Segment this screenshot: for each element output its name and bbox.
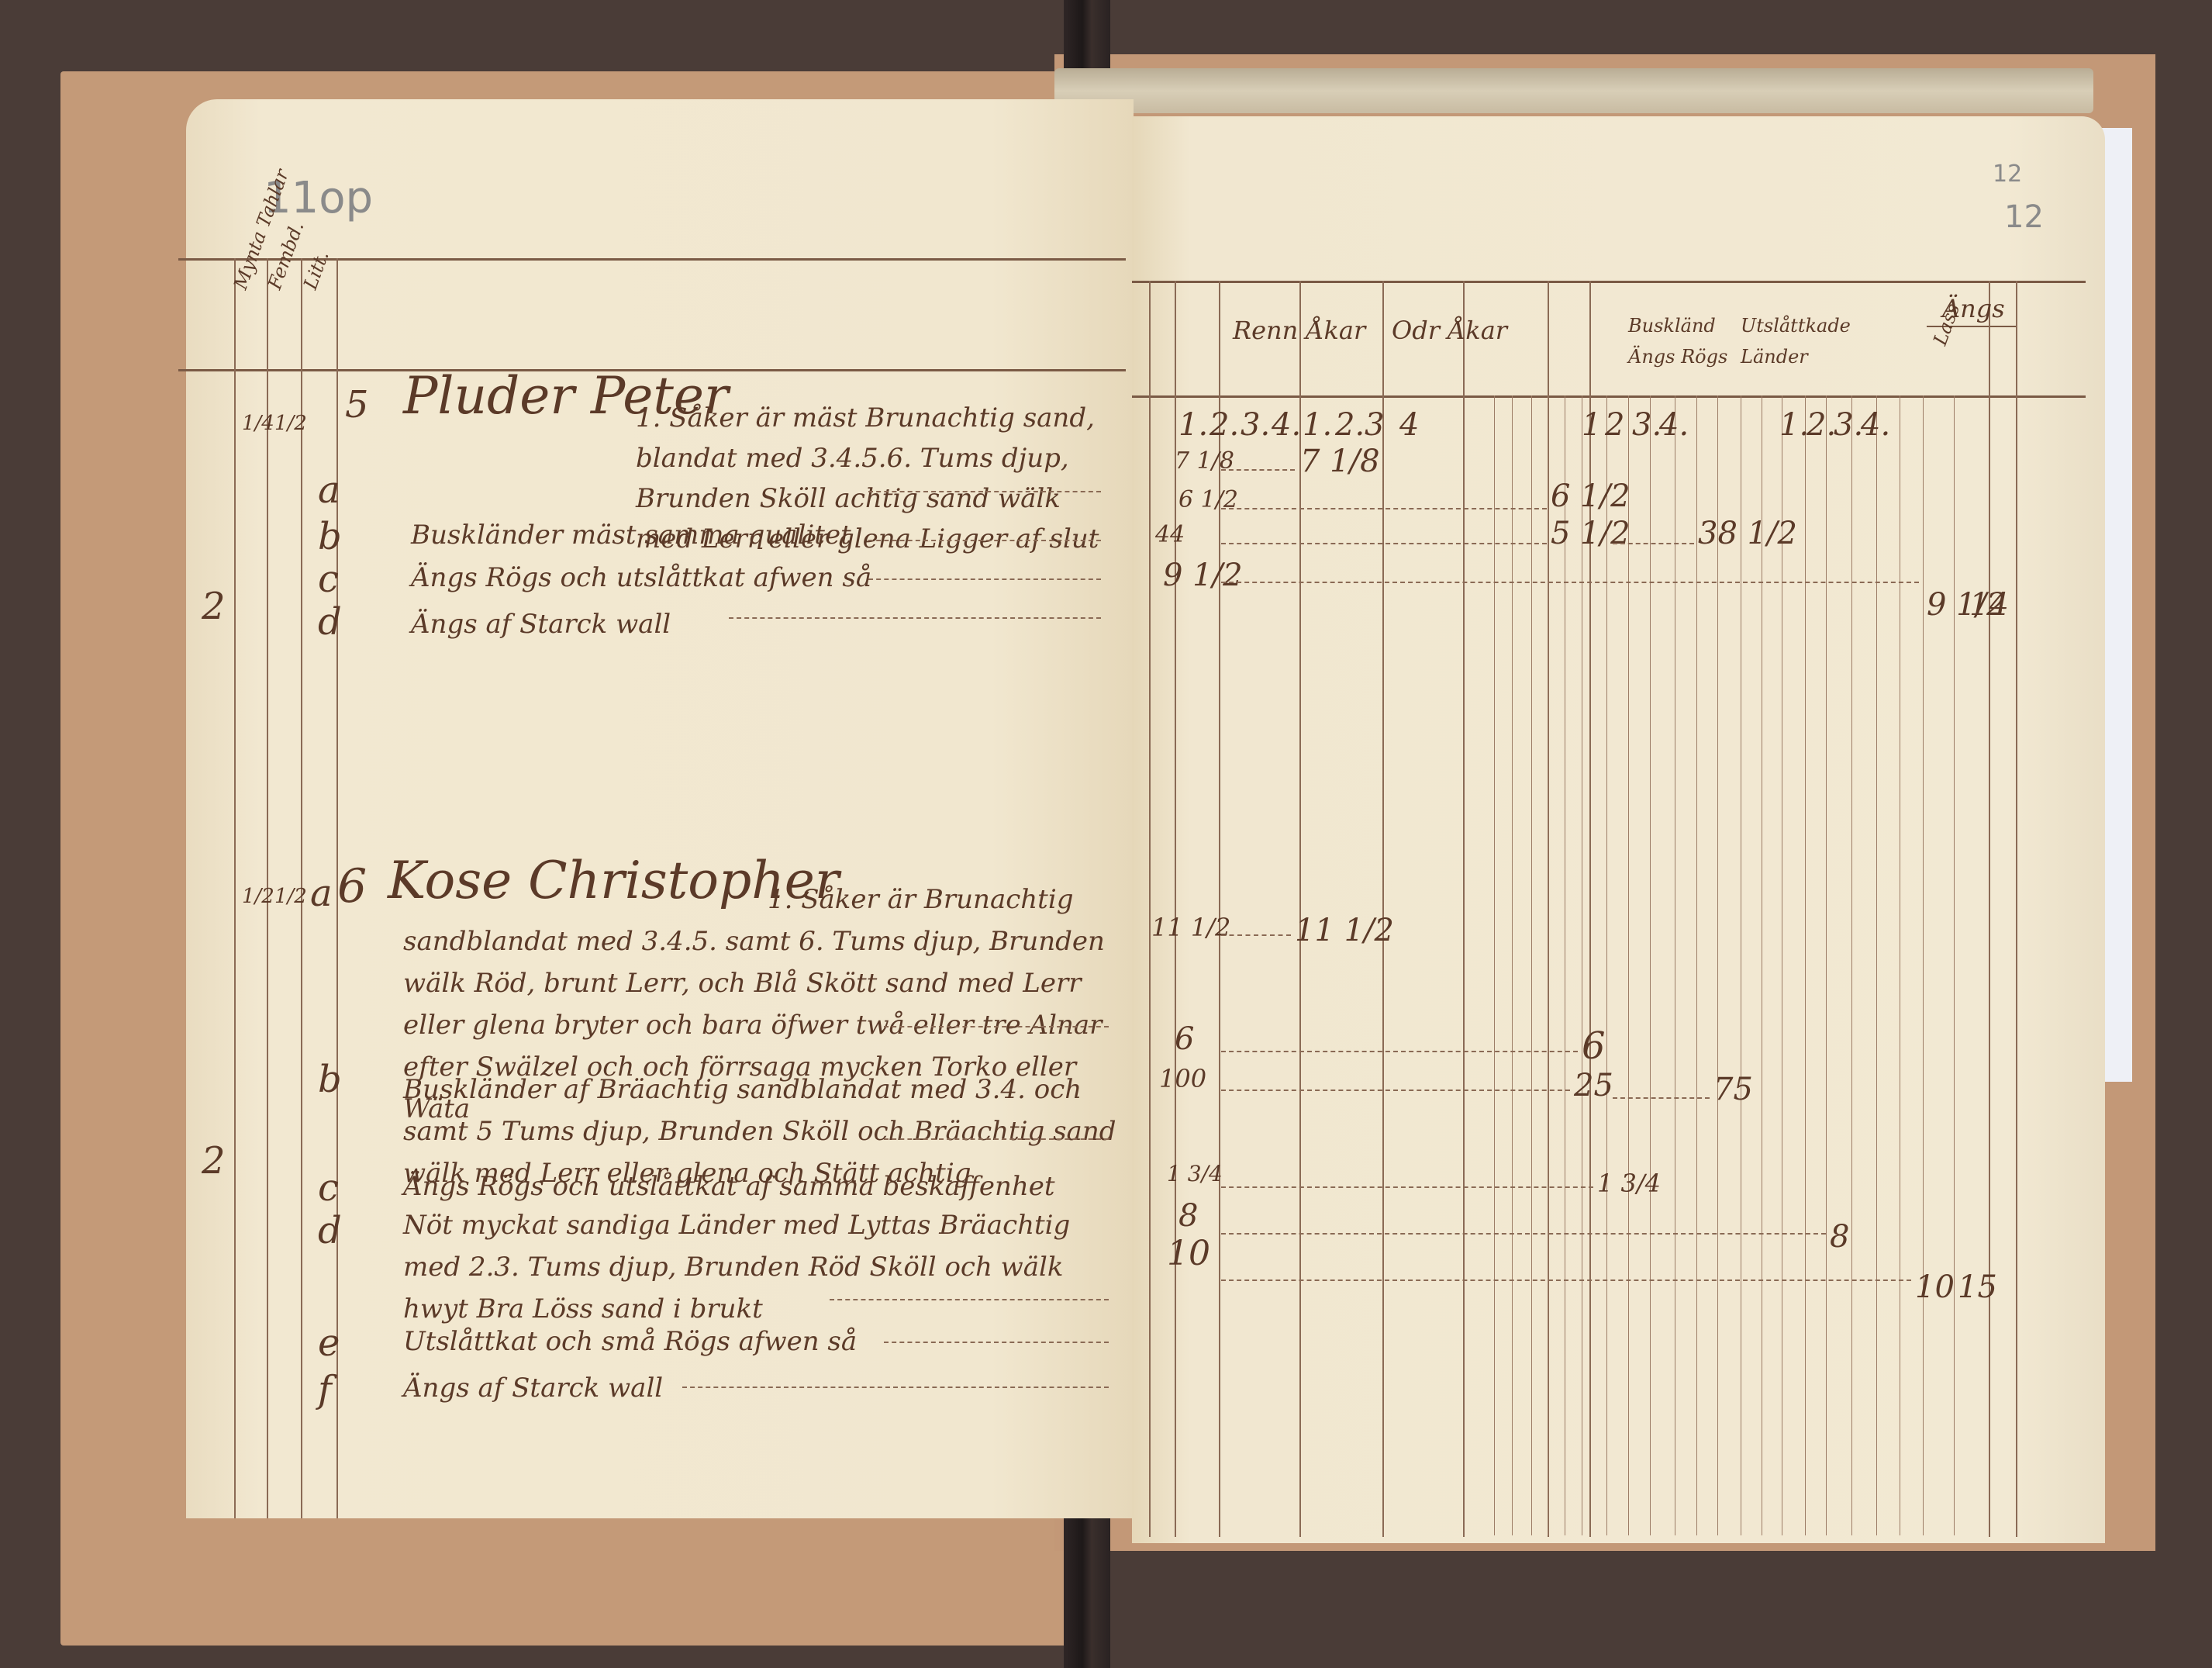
row-total: 6 — [1175, 1024, 1194, 1055]
row-total: 11 1/2 — [1151, 915, 1230, 940]
cell-value: 25 — [1574, 1070, 1613, 1101]
leader-dashes — [682, 1387, 1109, 1388]
right-page: 12 12 Renn Åkar Odr Åkar Buskländ Ängs R… — [1132, 116, 2105, 1543]
pencil-folio-right-small: 12 — [1993, 163, 2022, 186]
ruled-line — [1805, 395, 1806, 1535]
page-stack-edge — [1054, 68, 2093, 113]
entry-line-e: Utslåttkat och små Rögs afwen så — [403, 1328, 857, 1355]
ruled-line — [1650, 395, 1651, 1535]
sub-letter-a: a — [310, 875, 333, 912]
group-header-buskland: Buskländ Ängs Rögs — [1628, 310, 1729, 372]
leader-dashes — [884, 1026, 1109, 1027]
ruled-line — [1876, 395, 1877, 1535]
cell-value: 5 1/2 — [1551, 518, 1631, 549]
ruled-line — [1675, 395, 1675, 1535]
column-rule — [2016, 281, 2017, 1537]
header-top-rule — [1132, 281, 2086, 283]
ruled-line — [1512, 395, 1513, 1535]
ruled-line — [1548, 395, 1548, 1535]
entry-line-d: Nöt myckat sandiga Länder med Lyttas Brä… — [403, 1204, 1116, 1330]
sub-letter-b: b — [318, 518, 342, 555]
leader-dashes — [1221, 582, 1919, 583]
cell-value: 10 — [1915, 1272, 1955, 1303]
margin-fraction: 1/4 — [242, 413, 274, 433]
entry-line-b: Buskländer mäst samma qualitet — [411, 522, 851, 548]
ruled-line — [1606, 395, 1607, 1535]
group-header-odr-akar: Odr Åkar — [1392, 318, 1507, 343]
ruled-line — [1954, 395, 1955, 1535]
subcolumn-number: 2. — [1335, 409, 1365, 440]
sub-letter-c: c — [318, 1169, 339, 1207]
subcolumn-number: 1. — [1779, 409, 1809, 440]
entry-line-c: Ängs Rögs och utslåttkat afwen så — [411, 565, 871, 591]
left-page: 11op Mynta Tahlar Fembd. Litt. 1/4 1/2 5… — [186, 99, 1134, 1518]
subcolumn-number: 1. — [1303, 409, 1332, 440]
header-bottom-rule — [1132, 395, 2086, 398]
margin-mark: 2 — [202, 588, 226, 625]
ruled-line — [1826, 395, 1827, 1535]
cell-value: 8 — [1830, 1221, 1849, 1252]
entry-line-f: Ängs af Starck wall — [403, 1375, 663, 1401]
column-rule — [1589, 281, 1591, 1537]
cell-value: 11 1/2 — [1295, 915, 1394, 946]
entry-line-c: Ängs Rögs och utslåttkat af samma beskaf… — [403, 1173, 1055, 1200]
subcolumn-number: 3 — [1365, 409, 1384, 440]
leader-dashes — [1221, 469, 1295, 471]
subheader-lass: Lass — [1931, 301, 1962, 347]
cell-value: 1 3/4 — [1597, 1171, 1661, 1196]
entry-number: 5 — [345, 386, 369, 423]
sub-letter-d: d — [318, 1212, 342, 1249]
margin-fraction: 1/2 — [242, 886, 274, 907]
leader-dashes — [868, 540, 1101, 541]
header-col-litt: Litt. — [301, 249, 332, 292]
leader-dashes — [830, 1299, 1109, 1300]
subcolumn-number: 4. — [1659, 409, 1689, 440]
leader-dashes — [868, 491, 1101, 492]
column-rule — [1989, 281, 1990, 1537]
sub-letter-f: f — [318, 1371, 332, 1408]
leader-dashes — [1613, 543, 1694, 544]
column-rule — [1382, 281, 1384, 1537]
ruled-line — [1717, 395, 1718, 1535]
sub-letter-b: b — [318, 1061, 342, 1098]
entry-line-d: Ängs af Starck wall — [411, 611, 671, 637]
row-total: 1 3/4 — [1167, 1163, 1223, 1185]
pencil-folio-right: 12 — [2004, 202, 2044, 233]
ruled-line — [1696, 395, 1697, 1535]
leader-dashes — [729, 617, 1101, 619]
subcolumn-number: 4 — [1399, 409, 1419, 440]
subcolumn-number: 2. — [1807, 409, 1836, 440]
column-rule — [234, 258, 236, 1518]
sub-letter-a: a — [318, 471, 340, 509]
column-rule — [1149, 281, 1151, 1537]
leader-dashes — [868, 578, 1101, 580]
subcolumn-number: 2 — [1605, 409, 1624, 440]
sub-letter-d: d — [318, 603, 342, 641]
ruled-line — [1494, 395, 1495, 1535]
cell-value: 6 — [1582, 1027, 1606, 1065]
margin-mark: 2 — [202, 1142, 226, 1179]
row-total: 44 — [1155, 523, 1185, 547]
ruled-line — [1900, 395, 1900, 1535]
row-total: 10 — [1167, 1237, 1210, 1271]
ruled-line — [1628, 395, 1629, 1535]
cell-value: 75 — [1713, 1074, 1753, 1105]
subcolumn-number: 3. — [1834, 409, 1863, 440]
row-total: 9 1/2 — [1163, 560, 1243, 591]
ruled-line — [1762, 395, 1762, 1535]
subcolumn-number: 3. — [1632, 409, 1662, 440]
margin-fraction: 1/2 — [274, 886, 307, 907]
leader-dashes — [1221, 1051, 1578, 1052]
group-header-utslattkade: Utslåttkade Länder — [1741, 310, 1834, 372]
margin-fraction: 1/2 — [274, 413, 307, 433]
cell-value: 38 1/2 — [1698, 518, 1797, 549]
column-rule — [1463, 281, 1465, 1537]
leader-dashes — [1221, 1233, 1826, 1235]
leader-dashes — [1221, 508, 1547, 509]
subcolumn-number: 4. — [1272, 409, 1301, 440]
white-paper-slip — [2101, 128, 2132, 1082]
ruled-line — [1531, 395, 1532, 1535]
row-total: 8 — [1178, 1200, 1198, 1231]
leader-dashes — [1221, 543, 1547, 544]
leader-dashes — [1221, 1090, 1570, 1091]
subcolumn-number: 3. — [1241, 409, 1270, 440]
sub-letter-c: c — [318, 561, 339, 598]
row-total: 100 — [1159, 1066, 1206, 1091]
leader-dashes — [884, 1342, 1109, 1343]
leader-dashes — [1221, 934, 1291, 936]
leader-dashes — [1613, 1097, 1710, 1099]
subcolumn-number: 1. — [1178, 409, 1208, 440]
cell-value: 6 1/2 — [1551, 481, 1631, 512]
ruled-line — [1741, 395, 1741, 1535]
ruled-line — [1582, 395, 1582, 1535]
ruled-line — [1923, 395, 1924, 1535]
ruled-line — [1851, 395, 1852, 1535]
cell-value: 14 — [1969, 589, 2009, 620]
subcolumn-number: 2. — [1210, 409, 1239, 440]
ruled-line — [1565, 395, 1565, 1535]
cell-value: 15 — [1958, 1272, 1997, 1303]
cell-value: 7 1/8 — [1300, 446, 1380, 477]
leader-dashes — [1221, 1279, 1911, 1281]
subcolumn-number: 4. — [1861, 409, 1890, 440]
entry-number: 6 — [337, 863, 367, 910]
sub-letter-e: e — [318, 1324, 340, 1362]
group-header-renn-akar: Renn Åkar — [1233, 318, 1365, 343]
subcolumn-number: 1 — [1582, 409, 1601, 440]
leader-dashes — [884, 1138, 1109, 1140]
leader-dashes — [1221, 1186, 1593, 1188]
ruled-line — [1782, 395, 1782, 1535]
